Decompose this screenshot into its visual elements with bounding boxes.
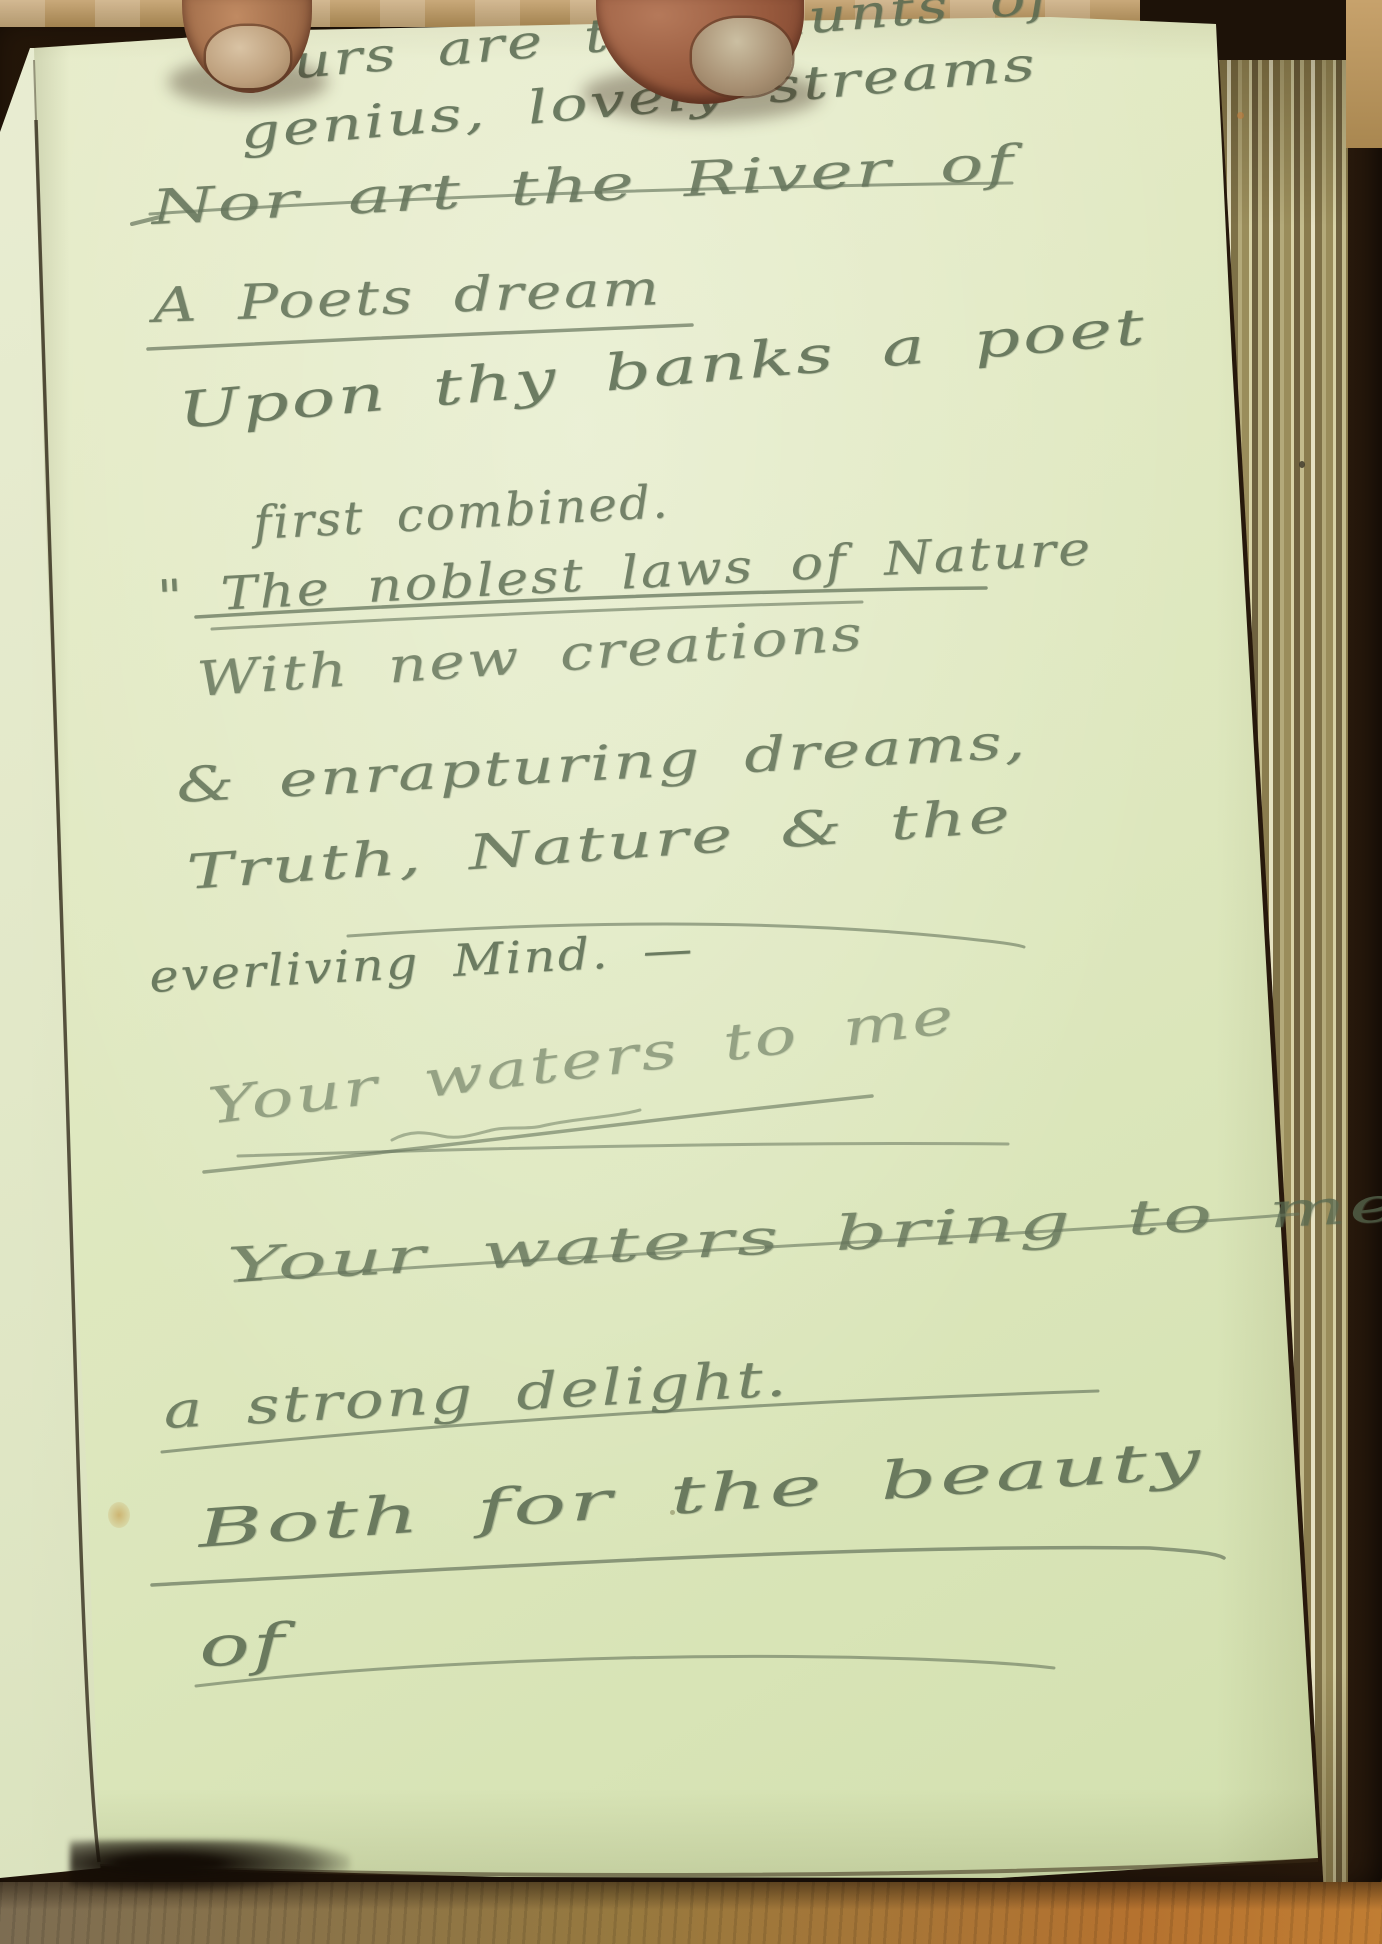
- paper-stain: [108, 1502, 130, 1528]
- paper-speck: [1237, 112, 1244, 119]
- finger-right: [596, 0, 804, 104]
- page-corner-shadow: [70, 1840, 350, 1892]
- fingernail: [206, 26, 290, 88]
- finger-left: [182, 0, 312, 93]
- table-corner-top-right: [1346, 0, 1382, 148]
- photographed-notebook-scene: Yours are the haunts of genius, lovely s…: [0, 0, 1382, 1944]
- paper-speck: [1299, 461, 1305, 468]
- handwritten-line-struck: of: [198, 1612, 288, 1680]
- fingernail: [692, 18, 792, 96]
